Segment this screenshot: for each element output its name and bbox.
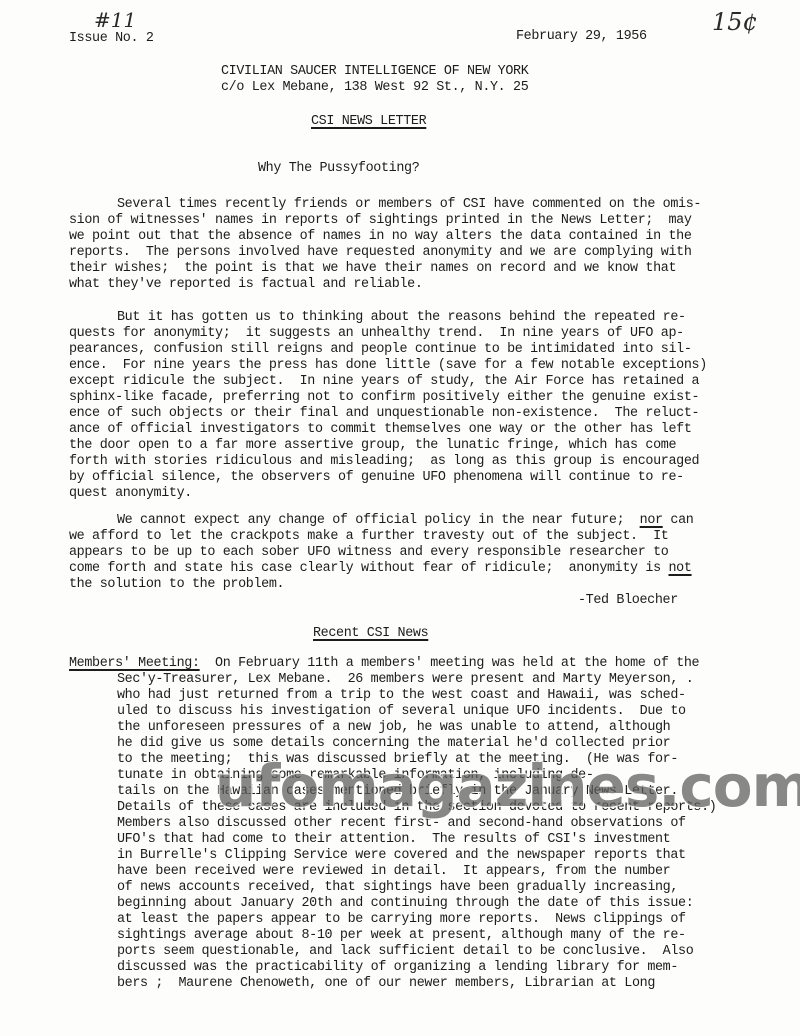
members-meeting-line: beginning about January 20th and continu… bbox=[117, 896, 693, 912]
editorial-line: ence. For nine years the press has done … bbox=[69, 358, 707, 374]
members-meeting-line: bers ; Maurene Chenoweth, one of our new… bbox=[117, 976, 655, 992]
editorial-line: We cannot expect any change of official … bbox=[117, 513, 693, 529]
organization-address: c/o Lex Mebane, 138 West 92 St., N.Y. 25 bbox=[221, 80, 528, 96]
newsletter-page: #11 15¢ Issue No. 2 February 29, 1956 CI… bbox=[0, 0, 800, 1036]
editorial-line: forth with stories ridiculous and mislea… bbox=[69, 454, 699, 470]
editorial-signature: -Ted Bloecher bbox=[578, 593, 678, 609]
editorial-line: sion of witnesses' names in reports of s… bbox=[69, 213, 692, 229]
members-meeting-line: at least the papers appear to be carryin… bbox=[117, 912, 686, 928]
handwritten-issue-mark: #11 bbox=[94, 8, 136, 32]
newsletter-title: CSI NEWS LETTER bbox=[311, 114, 426, 130]
editorial-line: come forth and state his case clearly wi… bbox=[69, 561, 692, 577]
editorial-line: ence of such objects or their final and … bbox=[69, 406, 699, 422]
members-meeting-line: tunate in obtaining some remarkable info… bbox=[117, 768, 594, 784]
editorial-line: except ridicule the subject. In nine yea… bbox=[69, 374, 699, 390]
editorial-line: quests for anonymity; it suggests an unh… bbox=[69, 326, 684, 342]
editorial-line: quest anonymity. bbox=[69, 486, 192, 502]
members-meeting-line: discussed was the practicability of orga… bbox=[117, 960, 678, 976]
members-meeting-line: of news accounts received, that sighting… bbox=[117, 880, 678, 896]
editorial-line: reports. The persons involved have reque… bbox=[69, 245, 692, 261]
members-meeting-line: Members also discussed other recent firs… bbox=[117, 816, 686, 832]
editorial-line: what they've reported is factual and rel… bbox=[69, 277, 423, 293]
members-meeting-line: the unforeseen pressures of a new job, h… bbox=[117, 720, 670, 736]
editorial-line: But it has gotten us to thinking about t… bbox=[117, 310, 686, 326]
editorial-line: appears to be up to each sober UFO witne… bbox=[69, 545, 669, 561]
editorial-line: sphinx-like facade, preferring not to co… bbox=[69, 390, 699, 406]
editorial-title: Why The Pussyfooting? bbox=[258, 161, 419, 177]
editorial-line: we afford to let the crackpots make a fu… bbox=[69, 529, 669, 545]
editorial-line: by official silence, the observers of ge… bbox=[69, 470, 684, 486]
members-meeting-line: to the meeting; this was discussed brief… bbox=[117, 752, 678, 768]
editorial-line: ance of official investigators to commit… bbox=[69, 422, 692, 438]
members-meeting-line: have been received were reviewed in deta… bbox=[117, 864, 670, 880]
members-meeting-line: ports seem questionable, and lack suffic… bbox=[117, 944, 693, 960]
editorial-line: their wishes; the point is that we have … bbox=[69, 261, 676, 277]
members-meeting-line: tails on the Hawaiian cases mentioned br… bbox=[117, 784, 678, 800]
members-meeting-line: who had just returned from a trip to the… bbox=[117, 688, 686, 704]
members-meeting-line: UFO's that had come to their attention. … bbox=[117, 832, 670, 848]
organization-name: CIVILIAN SAUCER INTELLIGENCE OF NEW YORK bbox=[221, 64, 528, 80]
handwritten-price: 15¢ bbox=[712, 8, 758, 36]
members-meeting-line: Details of these cases are included in t… bbox=[117, 800, 717, 816]
editorial-line: the solution to the problem. bbox=[69, 577, 284, 593]
editorial-line: the door open to a far more assertive gr… bbox=[69, 438, 676, 454]
issue-number: Issue No. 2 bbox=[69, 31, 154, 47]
members-meeting-line: sightings average about 8-10 per week at… bbox=[117, 928, 686, 944]
members-meeting-line: uled to discuss his investigation of sev… bbox=[117, 704, 686, 720]
editorial-line: Several times recently friends or member… bbox=[117, 197, 701, 213]
members-meeting-line: Sec'y-Treasurer, Lex Mebane. 26 members … bbox=[117, 672, 693, 688]
editorial-line: we point out that the absence of names i… bbox=[69, 229, 692, 245]
issue-date: February 29, 1956 bbox=[516, 29, 647, 45]
members-meeting-line: in Burrelle's Clipping Service were cove… bbox=[117, 848, 686, 864]
news-section-title: Recent CSI News bbox=[313, 626, 428, 642]
members-meeting-intro: On February 11th a members' meeting was … bbox=[215, 656, 699, 671]
members-meeting-label: Members' Meeting: bbox=[69, 656, 200, 671]
members-meeting-line: he did give us some details concerning t… bbox=[117, 736, 670, 752]
members-meeting-first-line: Members' Meeting: On February 11th a mem… bbox=[69, 656, 699, 672]
editorial-line: pearances, confusion still reigns and pe… bbox=[69, 342, 692, 358]
